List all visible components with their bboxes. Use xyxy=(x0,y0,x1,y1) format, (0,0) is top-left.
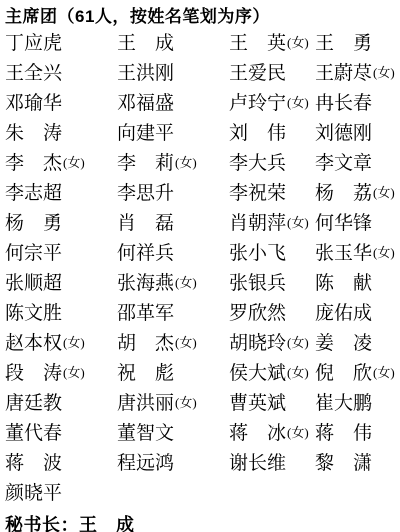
member-name-cell: 董智文 xyxy=(117,419,229,449)
member-name: 何宗平 xyxy=(5,239,62,269)
member-name: 赵本权 xyxy=(5,329,62,359)
member-name: 王 成 xyxy=(117,29,174,59)
member-name: 刘德刚 xyxy=(315,119,372,149)
member-name: 丁应虎 xyxy=(5,29,62,59)
member-name: 杨 荔 xyxy=(315,179,372,209)
female-marker: (女) xyxy=(373,358,395,388)
member-name: 何华锋 xyxy=(315,209,372,239)
member-name-cell: 王 英(女) xyxy=(229,29,315,59)
member-name: 李思升 xyxy=(117,179,174,209)
member-name-cell: 董代春 xyxy=(5,419,117,449)
female-marker: (女) xyxy=(63,328,85,358)
female-marker: (女) xyxy=(175,148,197,178)
member-name: 颜晓平 xyxy=(5,479,62,509)
member-name-cell: 王 勇 xyxy=(315,29,400,59)
female-marker: (女) xyxy=(287,88,309,118)
member-name-cell: 朱 涛 xyxy=(5,119,117,149)
member-name-cell: 丁应虎 xyxy=(5,29,117,59)
member-name-cell: 陈文胜 xyxy=(5,299,117,329)
member-name: 唐廷教 xyxy=(5,389,62,419)
member-name: 曹英斌 xyxy=(229,389,286,419)
member-name: 程远鸿 xyxy=(117,449,174,479)
female-marker: (女) xyxy=(373,178,395,208)
member-name: 张银兵 xyxy=(229,269,286,299)
member-name-cell: 姜 凌 xyxy=(315,329,400,359)
member-name-cell: 李祝荣 xyxy=(229,179,315,209)
member-name: 庞佑成 xyxy=(315,299,372,329)
member-name-cell: 李文章 xyxy=(315,149,400,179)
member-name: 刘 伟 xyxy=(229,119,286,149)
female-marker: (女) xyxy=(175,268,197,298)
member-name: 崔大鹏 xyxy=(315,389,372,419)
female-marker: (女) xyxy=(287,208,309,238)
member-name: 陈文胜 xyxy=(5,299,62,329)
member-name-cell: 李思升 xyxy=(117,179,229,209)
member-name: 邵革军 xyxy=(117,299,174,329)
member-name: 王全兴 xyxy=(5,59,62,89)
member-name-cell: 肖 磊 xyxy=(117,209,229,239)
member-name-cell: 刘 伟 xyxy=(229,119,315,149)
member-name-cell: 王爱民 xyxy=(229,59,315,89)
member-name-cell: 黎 潇 xyxy=(315,449,400,479)
member-name: 冉长春 xyxy=(315,89,372,119)
member-grid: 丁应虎王 成王 英(女)王 勇王全兴王洪刚王爱民王蔚荩(女)邓瑜华邓福盛卢玲宁(… xyxy=(5,29,400,509)
member-name-cell: 陈 献 xyxy=(315,269,400,299)
member-name: 祝 彪 xyxy=(117,359,174,389)
member-name: 董智文 xyxy=(117,419,174,449)
member-name: 肖 磊 xyxy=(117,209,174,239)
member-name-cell: 王全兴 xyxy=(5,59,117,89)
member-name-cell: 何宗平 xyxy=(5,239,117,269)
member-name-cell: 王 成 xyxy=(117,29,229,59)
member-name-cell: 李 莉(女) xyxy=(117,149,229,179)
member-name-cell: 谢长维 xyxy=(229,449,315,479)
page-title: 主席团（61人，按姓名笔划为序） xyxy=(5,6,400,28)
member-name: 胡晓玲 xyxy=(229,329,286,359)
member-name-cell: 颜晓平 xyxy=(5,479,117,509)
member-name: 张玉华 xyxy=(315,239,372,269)
member-name-cell: 王洪刚 xyxy=(117,59,229,89)
member-name: 张小飞 xyxy=(229,239,286,269)
member-name: 唐洪丽 xyxy=(117,389,174,419)
female-marker: (女) xyxy=(63,358,85,388)
member-name-cell: 程远鸿 xyxy=(117,449,229,479)
member-name-cell: 张玉华(女) xyxy=(315,239,400,269)
member-name-cell: 唐廷教 xyxy=(5,389,117,419)
member-name: 张顺超 xyxy=(5,269,62,299)
member-name: 胡 杰 xyxy=(117,329,174,359)
member-name: 陈 献 xyxy=(315,269,372,299)
member-name: 段 涛 xyxy=(5,359,62,389)
member-name: 蒋 波 xyxy=(5,449,62,479)
member-name-cell: 唐洪丽(女) xyxy=(117,389,229,419)
document-page: 主席团（61人，按姓名笔划为序） 丁应虎王 成王 英(女)王 勇王全兴王洪刚王爱… xyxy=(0,0,400,532)
member-name: 姜 凌 xyxy=(315,329,372,359)
member-name: 卢玲宁 xyxy=(229,89,286,119)
member-name-cell: 杨 荔(女) xyxy=(315,179,400,209)
member-name: 朱 涛 xyxy=(5,119,62,149)
member-name: 王爱民 xyxy=(229,59,286,89)
member-name: 李祝荣 xyxy=(229,179,286,209)
member-name-cell: 崔大鹏 xyxy=(315,389,400,419)
member-name: 李文章 xyxy=(315,149,372,179)
member-name: 倪 欣 xyxy=(315,359,372,389)
member-name-cell: 段 涛(女) xyxy=(5,359,117,389)
member-name-cell: 刘德刚 xyxy=(315,119,400,149)
member-name-cell: 肖朝萍(女) xyxy=(229,209,315,239)
member-name-cell: 李大兵 xyxy=(229,149,315,179)
member-name: 王蔚荩 xyxy=(315,59,372,89)
member-name-cell: 李志超 xyxy=(5,179,117,209)
member-name: 王洪刚 xyxy=(117,59,174,89)
member-name: 谢长维 xyxy=(229,449,286,479)
member-name-cell: 张小飞 xyxy=(229,239,315,269)
member-name-cell: 王蔚荩(女) xyxy=(315,59,400,89)
member-name: 李 杰 xyxy=(5,149,62,179)
member-name-cell: 杨 勇 xyxy=(5,209,117,239)
member-name: 肖朝萍 xyxy=(229,209,286,239)
member-name-cell: 张顺超 xyxy=(5,269,117,299)
member-name: 李志超 xyxy=(5,179,62,209)
member-name: 李大兵 xyxy=(229,149,286,179)
member-name-cell: 李 杰(女) xyxy=(5,149,117,179)
female-marker: (女) xyxy=(373,58,395,88)
female-marker: (女) xyxy=(287,328,309,358)
member-name-cell: 倪 欣(女) xyxy=(315,359,400,389)
member-name-cell: 张银兵 xyxy=(229,269,315,299)
member-name: 李 莉 xyxy=(117,149,174,179)
member-name-cell: 赵本权(女) xyxy=(5,329,117,359)
member-name: 王 勇 xyxy=(315,29,372,59)
member-name-cell: 卢玲宁(女) xyxy=(229,89,315,119)
member-name-cell: 邓瑜华 xyxy=(5,89,117,119)
member-name: 罗欣然 xyxy=(229,299,286,329)
member-name: 邓福盛 xyxy=(117,89,174,119)
member-name-cell: 侯大斌(女) xyxy=(229,359,315,389)
member-name-cell: 曹英斌 xyxy=(229,389,315,419)
female-marker: (女) xyxy=(63,148,85,178)
member-name: 向建平 xyxy=(117,119,174,149)
member-name-cell: 向建平 xyxy=(117,119,229,149)
member-name-cell: 何华锋 xyxy=(315,209,400,239)
member-name-cell: 祝 彪 xyxy=(117,359,229,389)
member-name: 侯大斌 xyxy=(229,359,286,389)
member-name-cell: 蒋 波 xyxy=(5,449,117,479)
member-name-cell: 罗欣然 xyxy=(229,299,315,329)
female-marker: (女) xyxy=(175,328,197,358)
member-name: 何祥兵 xyxy=(117,239,174,269)
member-name: 黎 潇 xyxy=(315,449,372,479)
member-name-cell: 邵革军 xyxy=(117,299,229,329)
member-name: 邓瑜华 xyxy=(5,89,62,119)
member-name-cell: 蒋 伟 xyxy=(315,419,400,449)
female-marker: (女) xyxy=(287,358,309,388)
member-name-cell: 何祥兵 xyxy=(117,239,229,269)
member-name: 蒋 伟 xyxy=(315,419,372,449)
member-name-cell: 邓福盛 xyxy=(117,89,229,119)
member-name-cell: 蒋 冰(女) xyxy=(229,419,315,449)
member-name: 杨 勇 xyxy=(5,209,62,239)
member-name-cell: 庞佑成 xyxy=(315,299,400,329)
female-marker: (女) xyxy=(287,418,309,448)
member-name-cell: 冉长春 xyxy=(315,89,400,119)
member-name: 张海燕 xyxy=(117,269,174,299)
member-name-cell: 胡晓玲(女) xyxy=(229,329,315,359)
female-marker: (女) xyxy=(373,238,395,268)
member-name: 蒋 冰 xyxy=(229,419,286,449)
member-name-cell: 张海燕(女) xyxy=(117,269,229,299)
member-name-cell: 胡 杰(女) xyxy=(117,329,229,359)
member-name: 董代春 xyxy=(5,419,62,449)
member-name: 王 英 xyxy=(229,29,286,59)
secretary-general-line: 秘书长：王 成 xyxy=(5,509,400,532)
female-marker: (女) xyxy=(287,28,309,58)
female-marker: (女) xyxy=(175,388,197,418)
